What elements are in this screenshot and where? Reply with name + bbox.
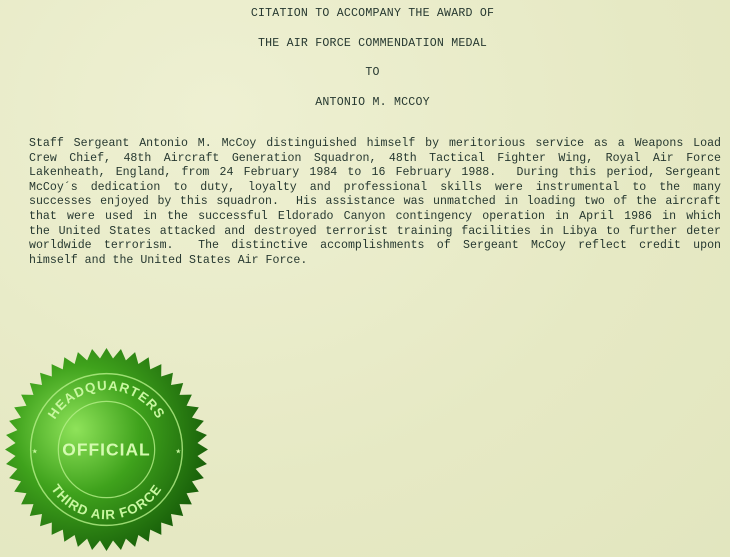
citation-line: himself and the United States Air Force.	[29, 254, 721, 269]
citation-line: McCoy´s dedication to duty, loyalty and …	[29, 181, 721, 196]
citation-line: the United States attacked and destroyed…	[29, 225, 721, 240]
seal-star-right-icon: ★	[175, 446, 181, 457]
citation-line: Lakenheath, England, from 24 February 19…	[29, 166, 721, 181]
seal-center-text: OFFICIAL	[62, 440, 150, 460]
citation-title: CITATION TO ACCOMPANY THE AWARD OF	[0, 7, 730, 20]
seal-star-left-icon: ★	[32, 446, 38, 457]
recipient-name: ANTONIO M. MCCOY	[0, 96, 730, 109]
citation-line: Crew Chief, 48th Aircraft Generation Squ…	[29, 152, 721, 167]
citation-line: Staff Sergeant Antonio M. McCoy distingu…	[29, 137, 721, 152]
citation-line: that were used in the successful Eldorad…	[29, 210, 721, 225]
official-seal-icon: HEADQUARTERS THIRD AIR FORCE OFFICIAL ★ …	[4, 347, 209, 552]
citation-line: successes enjoyed by this squadron. His …	[29, 195, 721, 210]
citation-line: worldwide terrorism. The distinctive acc…	[29, 239, 721, 254]
medal-name: THE AIR FORCE COMMENDATION MEDAL	[0, 37, 730, 50]
heading-to: TO	[0, 66, 730, 79]
citation-body: Staff Sergeant Antonio M. McCoy distingu…	[29, 137, 721, 268]
